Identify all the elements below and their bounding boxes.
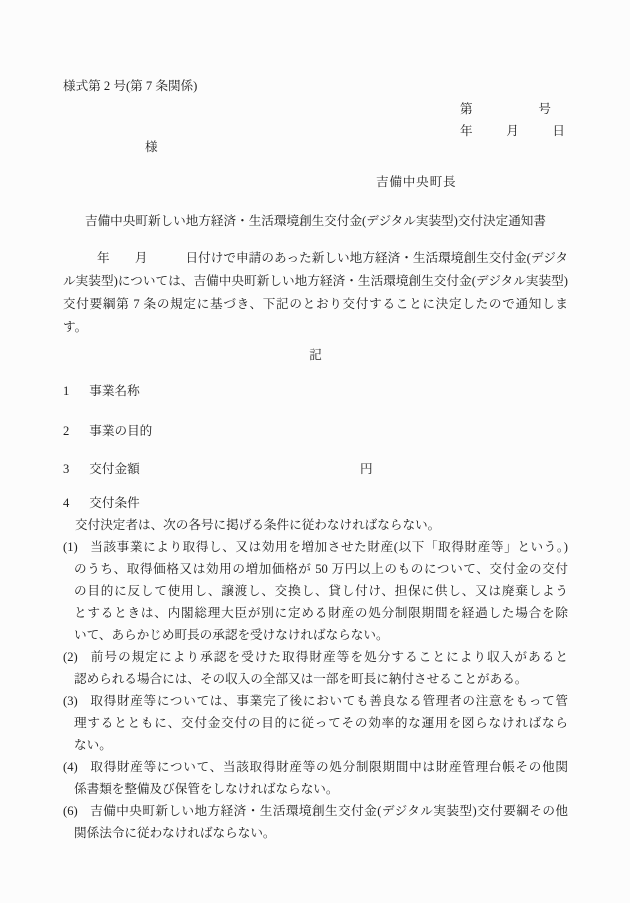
conditions-section: 4交付条件 交付決定者は、次の各号に掲げる条件に従わなければならない。 (1)当… — [63, 492, 568, 844]
day-label: 日 — [552, 120, 565, 142]
document-page: 様式第 2 号(第 7 条関係) 第 号 年 月 日 様 吉備中央町長 吉備中央… — [0, 0, 630, 903]
text-line: (2)前号の規定により承認を受けた取得財産等を処分することにより収入があると — [63, 646, 568, 668]
sender-title: 吉備中央町長 — [376, 171, 456, 193]
condition-item-2: (2)前号の規定により承認を受けた取得財産等を処分することにより収入があると 認… — [63, 646, 568, 690]
item-number: 2 — [63, 424, 69, 438]
condition-item-6: (6)吉備中央町新しい地方経済・生活環境創生交付金(デジタル実装型)交付要綱その… — [63, 800, 568, 844]
text-line: ル実装型)については、吉備中央町新しい地方経済・生活環境創生交付金(デジタル実装… — [63, 270, 568, 293]
item-number: 4 — [63, 496, 69, 510]
text-line: 理するとともに、交付金交付の目的に従ってその効率的な運用を図らなければなら — [63, 712, 568, 734]
amount-unit-label: 円 — [360, 458, 373, 480]
condition-item-1: (1)当該事業により取得し、又は効用を増加させた財産(以下「取得財産等」という。… — [63, 536, 568, 646]
document-title: 吉備中央町新しい地方経済・生活環境創生交付金(デジタル実装型)交付決定通知書 — [63, 210, 568, 232]
item-2: 2事業の目的 — [63, 420, 568, 442]
year-label: 年 — [460, 120, 473, 142]
condition-number: (3) — [63, 694, 78, 708]
item-3: 3交付金額 円 — [63, 458, 568, 480]
text-line: (3)取得財産等については、事業完了後においても善良なる管理者の注意をもって管 — [63, 690, 568, 712]
text-line: 年 月 日付けで申請のあった新しい地方経済・生活環境創生交付金(デジタ — [63, 247, 568, 270]
condition-number: (4) — [63, 760, 78, 774]
item-label: 事業名称 — [89, 384, 139, 398]
condition-item-4: (4)取得財産等について、当該取得財産等の処分制限期間中は財産管理台帳その他関 … — [63, 756, 568, 800]
recipient-honorific: 様 — [145, 136, 158, 158]
item-label: 事業の目的 — [89, 424, 152, 438]
body-paragraph: 年 月 日付けで申請のあった新しい地方経済・生活環境創生交付金(デジタ ル実装型… — [63, 247, 568, 339]
text-line: 交付要綱第 7 条の規定に基づき、下記のとおり交付することに決定したので通知しま — [63, 293, 568, 316]
condition-text: 吉備中央町新しい地方経済・生活環境創生交付金(デジタル実装型)交付要綱その他 — [90, 804, 568, 818]
text-line: の目的に反して使用し、譲渡し、交換し、貸し付け、担保に供し、又は廃棄しよう — [63, 580, 568, 602]
condition-text: 当該事業により取得し、又は効用を増加させた財産(以下「取得財産等」という。) — [90, 540, 568, 554]
text-line: (4)取得財産等について、当該取得財産等の処分制限期間中は財産管理台帳その他関 — [63, 756, 568, 778]
text-line: のうち、取得価格又は効用の増加価格が 50 万円以上のものについて、交付金の交付 — [63, 558, 568, 580]
condition-number: (2) — [63, 650, 78, 664]
condition-text: 前号の規定により承認を受けた取得財産等を処分することにより収入があると — [90, 650, 568, 664]
condition-number: (1) — [63, 540, 78, 554]
item-label: 交付条件 — [89, 496, 139, 510]
conditions-heading: 4交付条件 — [63, 492, 568, 514]
month-label: 月 — [506, 120, 519, 142]
condition-text: 取得財産等については、事業完了後においても善良なる管理者の注意をもって管 — [90, 694, 568, 708]
number-suffix-label: 号 — [538, 98, 551, 120]
item-number: 1 — [63, 384, 69, 398]
document-number-line: 第 号 — [460, 98, 551, 120]
text-line: す。 — [63, 316, 568, 339]
text-line: いて、あらかじめ町長の承認を受けなければならない。 — [63, 624, 568, 646]
condition-number: (6) — [63, 804, 78, 818]
text-line: 関係法令に従わなければならない。 — [63, 822, 568, 844]
text-line: (6)吉備中央町新しい地方経済・生活環境創生交付金(デジタル実装型)交付要綱その… — [63, 800, 568, 822]
condition-item-3: (3)取得財産等については、事業完了後においても善良なる管理者の注意をもって管 … — [63, 690, 568, 756]
date-line: 年 月 日 — [460, 120, 565, 142]
text-line: 認められる場合には、その収入の全部又は一部を町長に納付させることがある。 — [63, 668, 568, 690]
text-line: (1)当該事業により取得し、又は効用を増加させた財産(以下「取得財産等」という。… — [63, 536, 568, 558]
text-line: 係書類を整備及び保管をしなければならない。 — [63, 778, 568, 800]
item-number: 3 — [63, 462, 69, 476]
ki-marker: 記 — [63, 344, 568, 366]
text-line: とするときは、内閣総理大臣が別に定める財産の処分制限期間を経過した場合を除 — [63, 602, 568, 624]
condition-text: 取得財産等について、当該取得財産等の処分制限期間中は財産管理台帳その他関 — [90, 760, 568, 774]
item-1: 1事業名称 — [63, 380, 568, 402]
conditions-intro: 交付決定者は、次の各号に掲げる条件に従わなければならない。 — [63, 514, 568, 536]
text-line: ない。 — [63, 734, 568, 756]
item-label: 交付金額 — [89, 462, 139, 476]
form-number: 様式第 2 号(第 7 条関係) — [63, 75, 197, 97]
number-prefix-label: 第 — [460, 98, 473, 120]
